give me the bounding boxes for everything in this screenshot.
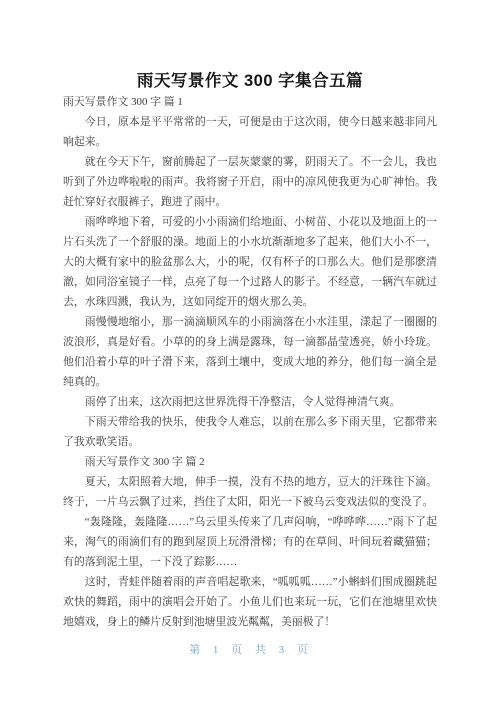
section-2-paragraph-1: 夏天，太阳照着大地，伸手一摸，没有不热的地方，豆大的汗珠往下滴。终于，一片乌云飘… — [63, 472, 437, 512]
page-number-footer: 第 1 页 共 3 页 — [0, 644, 500, 657]
section-1-paragraph-3: 雨哗哗地下着，可爱的小小雨滴们给地面、小树苗、小花以及地面上的一片石头洗了一个舒… — [63, 212, 437, 312]
section-2-paragraph-2: “轰隆隆，轰隆隆……”乌云里头传来了几声闷响，“哗哗哗……”雨下了起来，淘气的雨… — [63, 512, 437, 572]
section-1-paragraph-5: 雨停了出来，这次雨把这世界洗得干净整洁，令人觉得神清气爽。 — [63, 392, 437, 412]
section-1-paragraph-2: 就在今天下午，窗前腾起了一层灰蒙蒙的雾，阴雨天了。不一会儿，我也听到了外边哗啦啦… — [63, 152, 437, 212]
section-1-paragraph-6: 下雨天带给我的快乐，使我令人难忘，以前在那么多下雨天里，它都带来了我欢歌笑语。 — [63, 412, 437, 452]
document-title: 雨天写景作文 300 字集合五篇 — [63, 70, 437, 92]
section-1-heading: 雨天写景作文 300 字 篇 1 — [63, 92, 437, 112]
section-1-paragraph-1: 今日，原本是平平常常的一天，可便是由于这次雨，使今日越来越非同凡响起来。 — [63, 112, 437, 152]
section-2-paragraph-3: 这时，青蛙伴随着雨的声音唱起歌来，“呱呱呱……”小蝌蚪们围成圈跳起欢快的舞蹈，雨… — [63, 572, 437, 632]
section-2-heading: 雨天写景作文 300 字 篇 2 — [63, 452, 437, 472]
document-page: 雨天写景作文 300 字集合五篇 雨天写景作文 300 字 篇 1 今日，原本是… — [0, 0, 500, 707]
section-1-paragraph-4: 雨慢慢地缩小，那一滴滴顺风车的小雨滴落在小水洼里，漾起了一圈圈的波浪形，真是好看… — [63, 312, 437, 392]
document-body: 雨天写景作文 300 字 篇 1 今日，原本是平平常常的一天，可便是由于这次雨，… — [63, 92, 437, 632]
